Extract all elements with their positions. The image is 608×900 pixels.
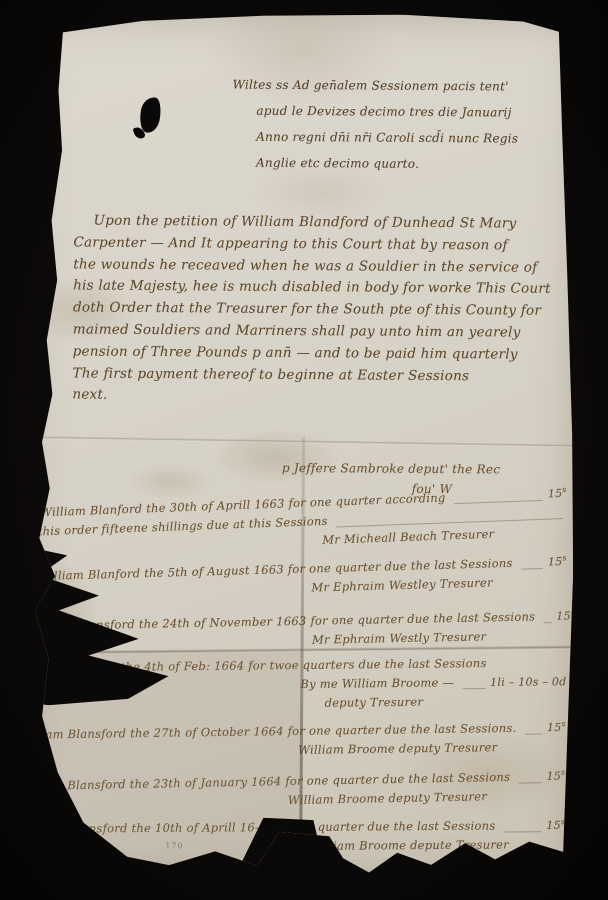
entry-signature: deputy Tresurer bbox=[324, 691, 566, 713]
ink-dash bbox=[518, 782, 541, 783]
court-order-paragraph: Upon the petition of William Blandford o… bbox=[72, 210, 551, 410]
attestation-line-1: p Jeffere Sambroke deput' the Rec bbox=[282, 458, 522, 480]
order-line: next. bbox=[72, 385, 550, 410]
entry-signature: William Broome depute Tresurer bbox=[309, 835, 565, 856]
order-line: maimed Souldiers and Marriners shall pay… bbox=[73, 319, 551, 344]
payment-entry: pd William Blanford the 30th of Aprill 1… bbox=[21, 480, 569, 561]
entry-signature: William Broome deputy Tresurer bbox=[298, 737, 566, 760]
entry-amount: 15s bbox=[547, 480, 567, 503]
order-line: Carpenter — And It appearing to this Cou… bbox=[73, 232, 551, 257]
entry-amount: 15s bbox=[546, 763, 565, 786]
entry-amount: 15s bbox=[546, 812, 565, 835]
entry-amount: 15s bbox=[548, 548, 567, 571]
order-line: pension of Three Pounds p ann̄ — and to … bbox=[73, 341, 551, 366]
ink-dash bbox=[503, 831, 541, 832]
fold-crease-horizontal-upper bbox=[20, 436, 580, 448]
heading-line: Wiltes ss Ad gen̄alem Sessionem pacis te… bbox=[232, 72, 542, 100]
entry-amount: 15s bbox=[556, 603, 575, 626]
entry-signature: By me William Broome — bbox=[300, 673, 454, 694]
latin-heading: Wiltes ss Ad gen̄alem Sessionem pacis te… bbox=[232, 72, 543, 178]
photo-background: Wiltes ss Ad gen̄alem Sessionem pacis te… bbox=[0, 0, 608, 900]
ink-dash bbox=[543, 622, 551, 623]
order-line: The first payment thereof to beginne at … bbox=[72, 363, 550, 388]
entry-amount: 1li – 10s – 0d bbox=[490, 672, 566, 692]
ink-dash bbox=[521, 568, 543, 570]
heading-line: apud le Devizes decimo tres die Januarij bbox=[232, 98, 542, 126]
ink-dash bbox=[525, 733, 543, 734]
heading-line: Anno regni dn̄i nr̄i Caroli scd̄i nunc R… bbox=[232, 124, 542, 152]
order-line: Upon the petition of William Blandford o… bbox=[74, 210, 552, 235]
ink-dash bbox=[462, 688, 485, 689]
manuscript-paper: Wiltes ss Ad gen̄alem Sessionem pacis te… bbox=[17, 10, 583, 886]
entry-amount: 15s bbox=[547, 714, 566, 737]
heading-line: Anglie etc decimo quarto. bbox=[232, 150, 542, 178]
